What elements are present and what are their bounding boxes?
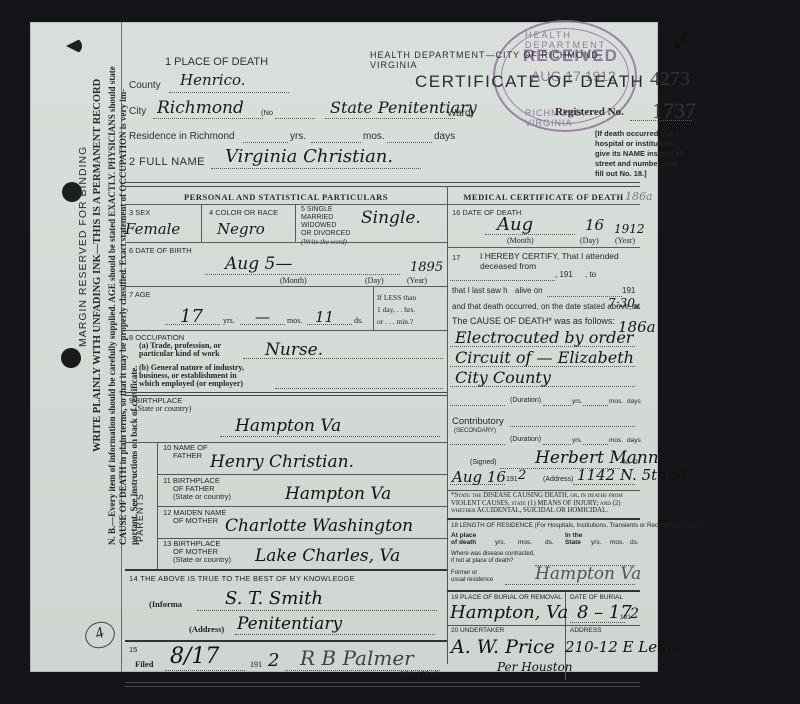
mother-birthplace-value: Lake Charles, Va <box>255 546 400 566</box>
dod-month: Aug <box>497 214 533 235</box>
margin-reserved-text: MARGIN RESERVED FOR BINDING <box>77 146 89 347</box>
page-title: CERTIFICATE OF DEATH <box>415 72 644 92</box>
physician-signature: Herbert Mann <box>535 448 659 468</box>
former-residence-value: Hampton Va <box>535 564 641 584</box>
cause-footnote: *State the DISEASE CAUSING DEATH, or, in… <box>451 492 639 515</box>
write-plainly-text: WRITE PLAINLY WITH UNFADING INK—THIS IS … <box>92 79 103 452</box>
marital-value: Single. <box>361 208 421 228</box>
undertaker-address-value: 210-12 E Leigh <box>565 638 681 656</box>
age-months: — <box>255 308 270 326</box>
punch-hole <box>61 348 81 368</box>
form-body: HEALTH DEPARTMENT RECEIVED AUG 17 1912 R… <box>125 22 645 672</box>
city-label: City <box>129 106 146 117</box>
marital-label: 5 SINGLE MARRIED WIDOWED OR DIVORCED (Wr… <box>301 206 350 246</box>
residence-label: Residence in Richmond <box>129 131 235 142</box>
death-certificate: MARGIN RESERVED FOR BINDING WRITE PLAINL… <box>30 22 658 672</box>
physician-address: 1142 N. 5th St <box>577 466 688 484</box>
age-years: 17 <box>180 306 203 327</box>
death-time: 7:30 <box>608 296 635 310</box>
father-name-value: Henry Christian. <box>210 452 354 472</box>
contributory-label: Contributory <box>452 416 504 427</box>
trade-label: (a) Trade, profession, or particular kin… <box>139 342 221 358</box>
full-name-label: 2 FULL NAME <box>129 156 205 168</box>
race-value: Negro <box>217 220 265 238</box>
department-name: HEALTH DEPARTMENT—CITY OF RICHMOND, VIRG… <box>370 50 645 70</box>
undertaker-value: A. W. Price <box>451 636 555 658</box>
checkmark-icon: ✓ <box>670 24 695 59</box>
circled-number: 4 <box>81 618 118 653</box>
punch-hole <box>66 38 82 54</box>
hospital-note: [If death occurred in a hospital or inst… <box>595 129 685 179</box>
burial-place-value: Hampton, Va <box>450 602 568 623</box>
place-of-death-label: 1 PLACE OF DEATH <box>165 56 268 68</box>
industry-label: (b) General nature of industry, business… <box>139 364 244 388</box>
residence-length-label: 18 LENGTH OF RESIDENCE (For Hospitals, I… <box>451 522 698 529</box>
dob-year: 1895 <box>410 260 443 275</box>
binding-margin: MARGIN RESERVED FOR BINDING WRITE PLAINL… <box>30 22 122 672</box>
informant-address-value: Penitentiary <box>237 614 342 634</box>
cause-line-2: Circuit of — Elizabeth <box>455 348 634 367</box>
occupation-value: Nurse. <box>265 340 323 360</box>
parents-label: PARENTS <box>135 493 145 542</box>
registrar-signature: R B Palmer <box>300 646 414 670</box>
filed-year: 2 <box>268 650 279 671</box>
full-name-value: Virginia Christian. <box>225 146 393 167</box>
less-than-day-label: If LESS than 1 day, . . hrs. or . . . mi… <box>377 292 416 328</box>
age-days: 11 <box>315 308 334 326</box>
registered-label: Registered No. <box>555 106 624 118</box>
mother-name-value: Charlotte Washington <box>225 516 413 536</box>
certificate-number: 4273 <box>650 68 690 91</box>
father-birthplace-value: Hampton Va <box>285 484 391 504</box>
county-label: County <box>129 80 161 91</box>
dob-month-day: Aug 5— <box>225 254 292 274</box>
informant-value: S. T. Smith <box>225 588 323 609</box>
birthplace-label: 9 BIRTHPLACE (State or country) <box>129 397 191 413</box>
personal-section-title: PERSONAL AND STATISTICAL PARTICULARS <box>125 192 447 202</box>
dod-year: 1912 <box>614 222 645 236</box>
city-value: Richmond <box>157 98 244 118</box>
sex-value: Female <box>125 220 180 238</box>
birthplace-value: Hampton Va <box>235 416 341 436</box>
dod-day: 16 <box>585 216 604 234</box>
medical-section-title: MEDICAL CERTIFICATE OF DEATH <box>447 192 640 202</box>
margin-annotation: 186a <box>625 190 653 203</box>
sign-date: Aug 16 <box>452 468 506 486</box>
cause-line-3: City County <box>455 368 551 387</box>
county-value: Henrico. <box>180 71 246 89</box>
filed-date: 8/17 <box>170 644 219 669</box>
undertaker-per: Per Houston <box>497 660 573 674</box>
cause-label: The CAUSE OF DEATH* was as follows: <box>452 316 615 326</box>
cause-line-1: Electrocuted by order <box>455 328 633 347</box>
